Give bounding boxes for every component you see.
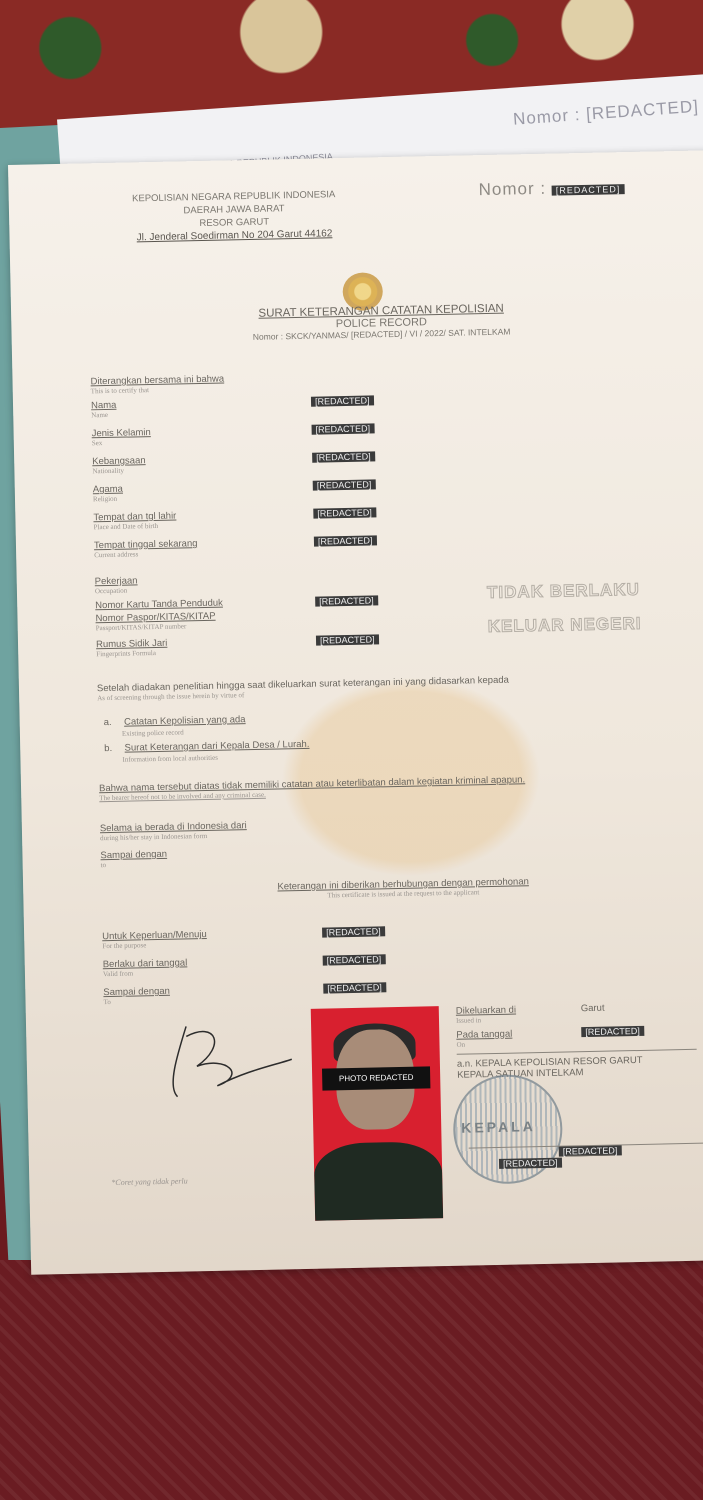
back-sheet-number: Nomor : [REDACTED] [512, 97, 699, 130]
issuance-block: Dikeluarkan diIssued in Garut Pada tangg… [456, 1001, 698, 1081]
issued-note: Keterangan ini diberikan berhubungan den… [233, 875, 573, 901]
issuing-organization: KEPOLISIAN NEGARA REPUBLIK INDONESIA DAE… [89, 187, 380, 245]
officer-block: [REDACTED] [REDACTED] [469, 1142, 703, 1170]
holder-signature-icon [156, 1014, 298, 1107]
basis-section: Setelah diadakan penelitian hingga saat … [97, 671, 699, 765]
footnote: *Coret yang tidak perlu [111, 1176, 188, 1187]
issued-on: Pada tanggalOn [REDACTED] [456, 1025, 696, 1055]
stay-period: Selama ia berada di Indonesia dari durin… [100, 811, 701, 870]
holder-photo: PHOTO REDACTED [311, 1006, 443, 1221]
background-carpet-bottom [0, 1260, 703, 1500]
police-record-document: KEPOLISIAN NEGARA REPUBLIK INDONESIA DAE… [8, 150, 703, 1274]
document-number: Nomor : [REDACTED] [478, 177, 624, 200]
document-title: SURAT KETERANGAN CATATAN KEPOLISIAN POLI… [221, 302, 542, 343]
validity-stamp: TIDAK BERLAKU KELUAR NEGERI [487, 580, 642, 637]
